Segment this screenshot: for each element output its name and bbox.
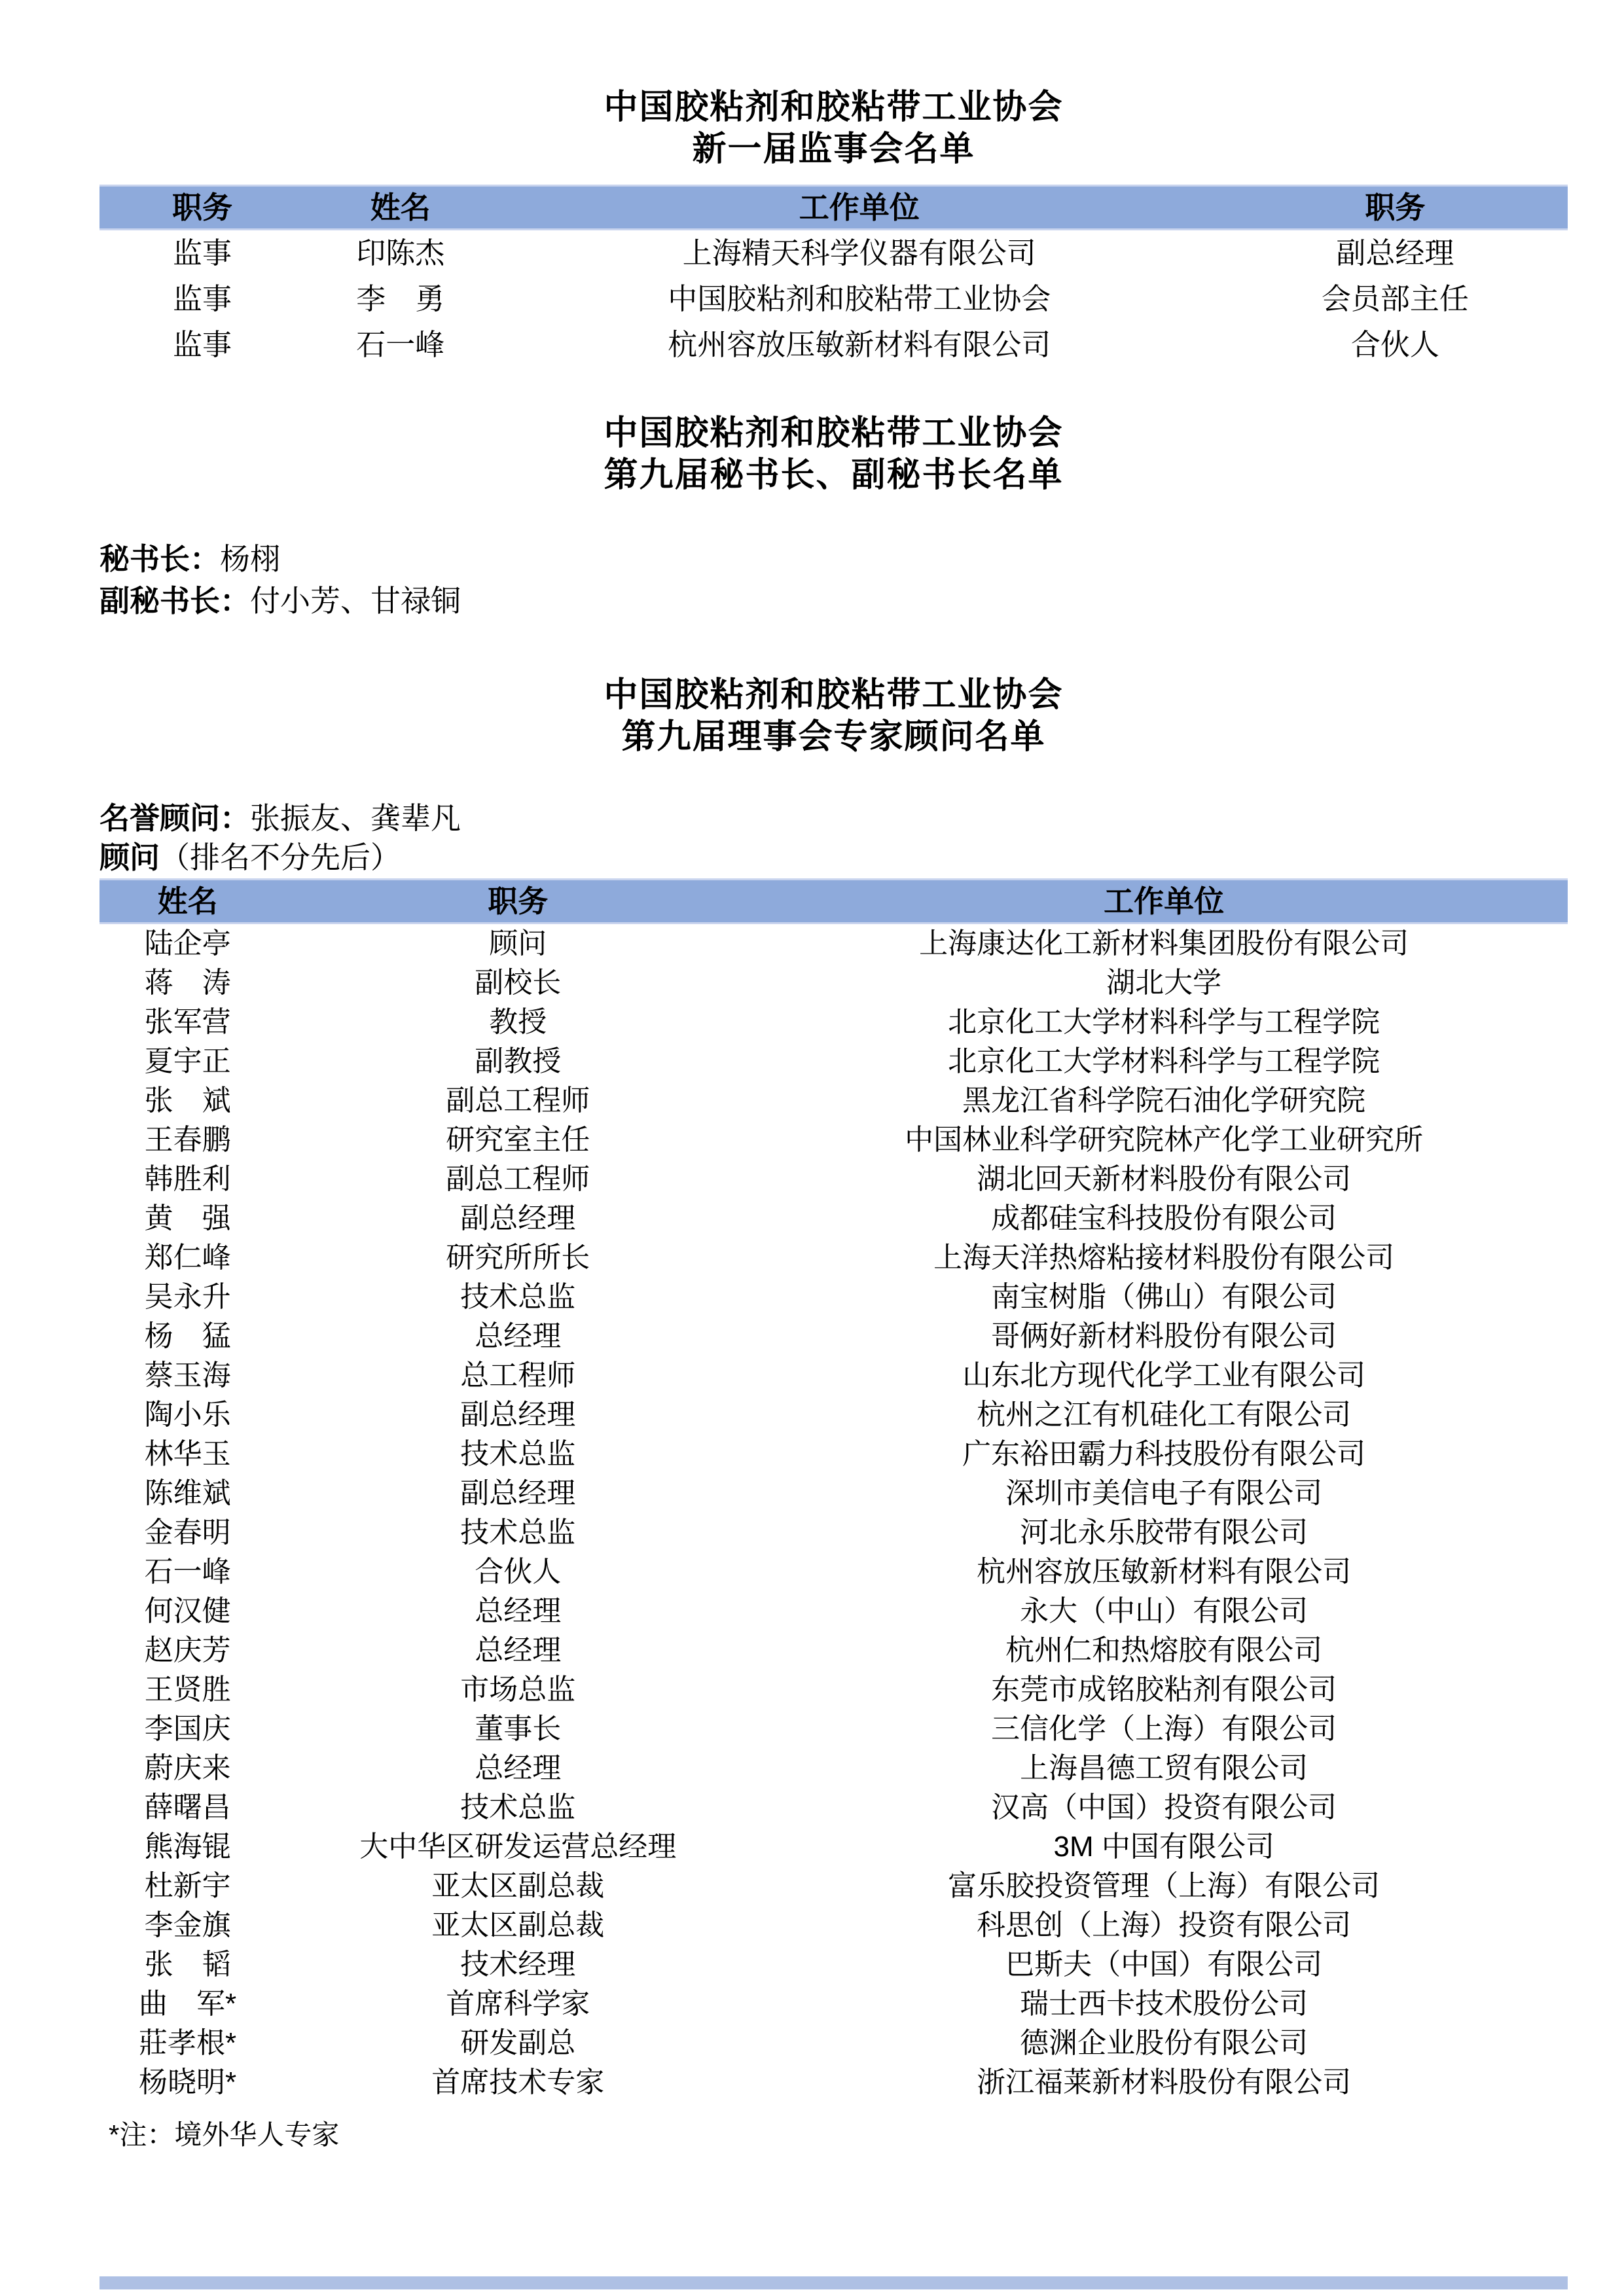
footnote: *注：境外华人专家 xyxy=(99,2117,1568,2153)
table-cell: 哥俩好新材料股份有限公司 xyxy=(760,1317,1568,1356)
table-cell: 杭州之江有机硅化工有限公司 xyxy=(760,1395,1568,1435)
section1-title-list: 新一届监事会名单 xyxy=(99,128,1568,170)
table-cell: 山东北方现代化学工业有限公司 xyxy=(760,1356,1568,1395)
table-cell: 张 斌 xyxy=(99,1081,276,1121)
table-cell: 副教授 xyxy=(276,1042,760,1081)
table-row: 赵庆芳总经理杭州仁和热熔胶有限公司 xyxy=(99,1631,1568,1670)
table-row: 林华玉技术总监广东裕田霸力科技股份有限公司 xyxy=(99,1435,1568,1474)
table-row: 吴永升技术总监南宝树脂（佛山）有限公司 xyxy=(99,1278,1568,1317)
secretary-name: 杨栩 xyxy=(220,542,280,576)
table-row: 黄 强副总经理成都硅宝科技股份有限公司 xyxy=(99,1199,1568,1238)
section1-title-org: 中国胶粘剂和胶粘带工业协会 xyxy=(99,86,1568,128)
honorary-advisor-label: 名誉顾问： xyxy=(99,801,250,835)
table-cell: 黄 强 xyxy=(99,1199,276,1238)
table-cell: 陆企亭 xyxy=(99,924,276,963)
table-cell: 石一峰 xyxy=(305,322,496,368)
footer-bar xyxy=(99,2276,1568,2289)
table-cell: 研发副总 xyxy=(276,2024,760,2063)
table-cell: 中国林业科学研究院林产化学工业研究所 xyxy=(760,1121,1568,1160)
advisor-ranking-note: （排名不分先后） xyxy=(160,840,401,874)
supervisors-table-header: 职务姓名工作单位职务 xyxy=(99,185,1568,230)
table-cell: 黑龙江省科学院石油化学研究院 xyxy=(760,1081,1568,1121)
table-cell: 湖北大学 xyxy=(760,963,1568,1003)
table-cell: 副总工程师 xyxy=(276,1160,760,1199)
table-row: 杨 猛总经理哥俩好新材料股份有限公司 xyxy=(99,1317,1568,1356)
table-row: 薛曙昌技术总监汉高（中国）投资有限公司 xyxy=(99,1788,1568,1827)
table-row: 监事李 勇中国胶粘剂和胶粘带工业协会会员部主任 xyxy=(99,276,1568,322)
table-cell: 永大（中山）有限公司 xyxy=(760,1592,1568,1631)
honorary-advisor-line: 名誉顾问：张振友、龚辈凡 xyxy=(99,798,1568,838)
section2-title-list: 第九届秘书长、副秘书长名单 xyxy=(99,454,1568,496)
table-cell: 何汉健 xyxy=(99,1592,276,1631)
table-row: 石一峰合伙人杭州容放压敏新材料有限公司 xyxy=(99,1552,1568,1592)
table-cell: 技术总监 xyxy=(276,1513,760,1552)
table-row: 李国庆董事长三信化学（上海）有限公司 xyxy=(99,1710,1568,1749)
table-cell: 亚太区副总裁 xyxy=(276,1867,760,1906)
table-cell: 监事 xyxy=(99,230,305,276)
table-cell: 北京化工大学材料科学与工程学院 xyxy=(760,1003,1568,1042)
table-cell: 河北永乐胶带有限公司 xyxy=(760,1513,1568,1552)
table-cell: 副总经理 xyxy=(276,1395,760,1435)
supervisors-table-body: 监事印陈杰上海精天科学仪器有限公司副总经理监事李 勇中国胶粘剂和胶粘带工业协会会… xyxy=(99,230,1568,368)
table-cell: 总工程师 xyxy=(276,1356,760,1395)
section2-title-org: 中国胶粘剂和胶粘带工业协会 xyxy=(99,412,1568,454)
header-cell: 职务 xyxy=(99,187,305,228)
table-cell: 熊海锟 xyxy=(99,1827,276,1867)
secretary-label: 秘书长： xyxy=(99,542,220,576)
table-cell: 林华玉 xyxy=(99,1435,276,1474)
table-cell: 上海昌德工贸有限公司 xyxy=(760,1749,1568,1788)
table-cell: 巴斯夫（中国）有限公司 xyxy=(760,1945,1568,1984)
table-cell: 杜新宇 xyxy=(99,1867,276,1906)
table-cell: 研究所所长 xyxy=(276,1238,760,1278)
deputy-secretary-line: 副秘书长：付小芳、甘禄铜 xyxy=(99,580,1568,622)
table-row: 张军营教授北京化工大学材料科学与工程学院 xyxy=(99,1003,1568,1042)
table-cell: 郑仁峰 xyxy=(99,1238,276,1278)
table-row: 蒋 涛副校长湖北大学 xyxy=(99,963,1568,1003)
table-cell: 韩胜利 xyxy=(99,1160,276,1199)
header-cell: 工作单位 xyxy=(496,187,1223,228)
table-cell: 3M 中国有限公司 xyxy=(760,1827,1568,1867)
table-row: 韩胜利副总工程师湖北回天新材料股份有限公司 xyxy=(99,1160,1568,1199)
table-cell: 上海精天科学仪器有限公司 xyxy=(496,230,1223,276)
table-cell: 副校长 xyxy=(276,963,760,1003)
table-cell: 会员部主任 xyxy=(1223,276,1568,322)
table-cell: 亚太区副总裁 xyxy=(276,1906,760,1945)
table-cell: 广东裕田霸力科技股份有限公司 xyxy=(760,1435,1568,1474)
table-row: 熊海锟大中华区研发运营总经理3M 中国有限公司 xyxy=(99,1827,1568,1867)
table-cell: 金春明 xyxy=(99,1513,276,1552)
table-cell: 教授 xyxy=(276,1003,760,1042)
table-row: 陆企亭顾问上海康达化工新材料集团股份有限公司 xyxy=(99,924,1568,963)
table-cell: 莊孝根* xyxy=(99,2024,276,2063)
table-row: 张 韬技术经理巴斯夫（中国）有限公司 xyxy=(99,1945,1568,1984)
table-cell: 王春鹏 xyxy=(99,1121,276,1160)
table-cell: 张 韬 xyxy=(99,1945,276,1984)
section1-title-block: 中国胶粘剂和胶粘带工业协会 新一届监事会名单 xyxy=(99,0,1568,170)
document-content: 中国胶粘剂和胶粘带工业协会 新一届监事会名单 职务姓名工作单位职务 监事印陈杰上… xyxy=(99,0,1568,2153)
table-row: 王春鹏研究室主任中国林业科学研究院林产化学工业研究所 xyxy=(99,1121,1568,1160)
table-cell: 南宝树脂（佛山）有限公司 xyxy=(760,1278,1568,1317)
table-cell: 瑞士西卡技术股份公司 xyxy=(760,1984,1568,2024)
secretary-line: 秘书长：杨栩 xyxy=(99,538,1568,580)
table-cell: 陶小乐 xyxy=(99,1395,276,1435)
table-cell: 总经理 xyxy=(276,1749,760,1788)
table-cell: 监事 xyxy=(99,276,305,322)
table-cell: 汉高（中国）投资有限公司 xyxy=(760,1788,1568,1827)
table-cell: 上海天洋热熔粘接材料股份有限公司 xyxy=(760,1238,1568,1278)
table-cell: 蒋 涛 xyxy=(99,963,276,1003)
table-row: 杨晓明*首席技术专家浙江福莱新材料股份有限公司 xyxy=(99,2063,1568,2102)
table-cell: 技术总监 xyxy=(276,1278,760,1317)
table-cell: 薛曙昌 xyxy=(99,1788,276,1827)
table-row: 郑仁峰研究所所长上海天洋热熔粘接材料股份有限公司 xyxy=(99,1238,1568,1278)
advisor-note-line: 顾问（排名不分先后） xyxy=(99,838,1568,877)
table-cell: 董事长 xyxy=(276,1710,760,1749)
secretary-lines: 秘书长：杨栩 副秘书长：付小芳、甘禄铜 xyxy=(99,538,1568,622)
table-cell: 东莞市成铭胶粘剂有限公司 xyxy=(760,1670,1568,1710)
table-row: 金春明技术总监河北永乐胶带有限公司 xyxy=(99,1513,1568,1552)
table-cell: 总经理 xyxy=(276,1631,760,1670)
table-cell: 蔡玉海 xyxy=(99,1356,276,1395)
table-cell: 技术总监 xyxy=(276,1435,760,1474)
table-row: 张 斌副总工程师黑龙江省科学院石油化学研究院 xyxy=(99,1081,1568,1121)
advisor-label: 顾问 xyxy=(99,840,160,874)
table-cell: 中国胶粘剂和胶粘带工业协会 xyxy=(496,276,1223,322)
header-cell: 姓名 xyxy=(305,187,496,228)
table-cell: 杭州仁和热熔胶有限公司 xyxy=(760,1631,1568,1670)
table-cell: 浙江福莱新材料股份有限公司 xyxy=(760,2063,1568,2102)
advisors-table-header: 姓名职务工作单位 xyxy=(99,878,1568,924)
table-cell: 技术经理 xyxy=(276,1945,760,1984)
table-cell: 北京化工大学材料科学与工程学院 xyxy=(760,1042,1568,1081)
table-cell: 李 勇 xyxy=(305,276,496,322)
advisors-table: 姓名职务工作单位 陆企亭顾问上海康达化工新材料集团股份有限公司蒋 涛副校长湖北大… xyxy=(99,878,1568,2102)
table-row: 杜新宇亚太区副总裁富乐胶投资管理（上海）有限公司 xyxy=(99,1867,1568,1906)
table-cell: 首席科学家 xyxy=(276,1984,760,2024)
table-cell: 副总经理 xyxy=(276,1474,760,1513)
table-cell: 湖北回天新材料股份有限公司 xyxy=(760,1160,1568,1199)
table-cell: 技术总监 xyxy=(276,1788,760,1827)
table-cell: 陈维斌 xyxy=(99,1474,276,1513)
table-cell: 副总经理 xyxy=(276,1199,760,1238)
table-cell: 合伙人 xyxy=(1223,322,1568,368)
table-cell: 杭州容放压敏新材料有限公司 xyxy=(496,322,1223,368)
table-row: 夏宇正副教授北京化工大学材料科学与工程学院 xyxy=(99,1042,1568,1081)
table-cell: 张军营 xyxy=(99,1003,276,1042)
table-cell: 成都硅宝科技股份有限公司 xyxy=(760,1199,1568,1238)
table-cell: 曲 军* xyxy=(99,1984,276,2024)
table-cell: 总经理 xyxy=(276,1592,760,1631)
table-cell: 监事 xyxy=(99,322,305,368)
table-cell: 夏宇正 xyxy=(99,1042,276,1081)
table-cell: 印陈杰 xyxy=(305,230,496,276)
table-cell: 大中华区研发运营总经理 xyxy=(276,1827,760,1867)
section3-title-list: 第九届理事会专家顾问名单 xyxy=(99,716,1568,758)
table-cell: 吴永升 xyxy=(99,1278,276,1317)
table-cell: 总经理 xyxy=(276,1317,760,1356)
table-cell: 石一峰 xyxy=(99,1552,276,1592)
table-cell: 李国庆 xyxy=(99,1710,276,1749)
table-cell: 顾问 xyxy=(276,924,760,963)
deputy-secretary-label: 副秘书长： xyxy=(99,584,250,618)
table-row: 蔡玉海总工程师山东北方现代化学工业有限公司 xyxy=(99,1356,1568,1395)
table-row: 何汉健总经理永大（中山）有限公司 xyxy=(99,1592,1568,1631)
table-cell: 杨晓明* xyxy=(99,2063,276,2102)
table-cell: 首席技术专家 xyxy=(276,2063,760,2102)
table-cell: 科思创（上海）投资有限公司 xyxy=(760,1906,1568,1945)
table-row: 李金旗亚太区副总裁科思创（上海）投资有限公司 xyxy=(99,1906,1568,1945)
table-row: 监事印陈杰上海精天科学仪器有限公司副总经理 xyxy=(99,230,1568,276)
table-cell: 赵庆芳 xyxy=(99,1631,276,1670)
section3-title-block: 中国胶粘剂和胶粘带工业协会 第九届理事会专家顾问名单 xyxy=(99,674,1568,758)
header-cell: 职务 xyxy=(1223,187,1568,228)
table-row: 莊孝根*研发副总德渊企业股份有限公司 xyxy=(99,2024,1568,2063)
table-cell: 上海康达化工新材料集团股份有限公司 xyxy=(760,924,1568,963)
header-cell: 职务 xyxy=(276,880,760,922)
honorary-advisor-names: 张振友、龚辈凡 xyxy=(250,801,461,835)
table-cell: 杨 猛 xyxy=(99,1317,276,1356)
table-cell: 副总工程师 xyxy=(276,1081,760,1121)
table-row: 陈维斌副总经理深圳市美信电子有限公司 xyxy=(99,1474,1568,1513)
table-cell: 深圳市美信电子有限公司 xyxy=(760,1474,1568,1513)
table-row: 陶小乐副总经理杭州之江有机硅化工有限公司 xyxy=(99,1395,1568,1435)
table-cell: 李金旗 xyxy=(99,1906,276,1945)
table-cell: 三信化学（上海）有限公司 xyxy=(760,1710,1568,1749)
table-cell: 市场总监 xyxy=(276,1670,760,1710)
section3-title-org: 中国胶粘剂和胶粘带工业协会 xyxy=(99,674,1568,716)
advisors-table-body: 陆企亭顾问上海康达化工新材料集团股份有限公司蒋 涛副校长湖北大学张军营教授北京化… xyxy=(99,924,1568,2102)
deputy-secretary-names: 付小芳、甘禄铜 xyxy=(250,584,461,618)
table-row: 曲 军*首席科学家瑞士西卡技术股份公司 xyxy=(99,1984,1568,2024)
table-row: 蔚庆来总经理上海昌德工贸有限公司 xyxy=(99,1749,1568,1788)
table-cell: 副总经理 xyxy=(1223,230,1568,276)
table-cell: 德渊企业股份有限公司 xyxy=(760,2024,1568,2063)
table-row: 王贤胜市场总监东莞市成铭胶粘剂有限公司 xyxy=(99,1670,1568,1710)
table-cell: 研究室主任 xyxy=(276,1121,760,1160)
table-cell: 合伙人 xyxy=(276,1552,760,1592)
header-cell: 工作单位 xyxy=(760,880,1568,922)
table-cell: 王贤胜 xyxy=(99,1670,276,1710)
document-page: { "colors":{"header_bg":"#8EAADB","foote… xyxy=(0,0,1624,2296)
table-cell: 杭州容放压敏新材料有限公司 xyxy=(760,1552,1568,1592)
section2-title-block: 中国胶粘剂和胶粘带工业协会 第九届秘书长、副秘书长名单 xyxy=(99,412,1568,496)
table-row: 监事石一峰杭州容放压敏新材料有限公司合伙人 xyxy=(99,322,1568,368)
table-cell: 蔚庆来 xyxy=(99,1749,276,1788)
advisor-lines: 名誉顾问：张振友、龚辈凡 顾问（排名不分先后） xyxy=(99,798,1568,877)
header-cell: 姓名 xyxy=(99,880,276,922)
supervisors-table: 职务姓名工作单位职务 监事印陈杰上海精天科学仪器有限公司副总经理监事李 勇中国胶… xyxy=(99,185,1568,368)
table-cell: 富乐胶投资管理（上海）有限公司 xyxy=(760,1867,1568,1906)
